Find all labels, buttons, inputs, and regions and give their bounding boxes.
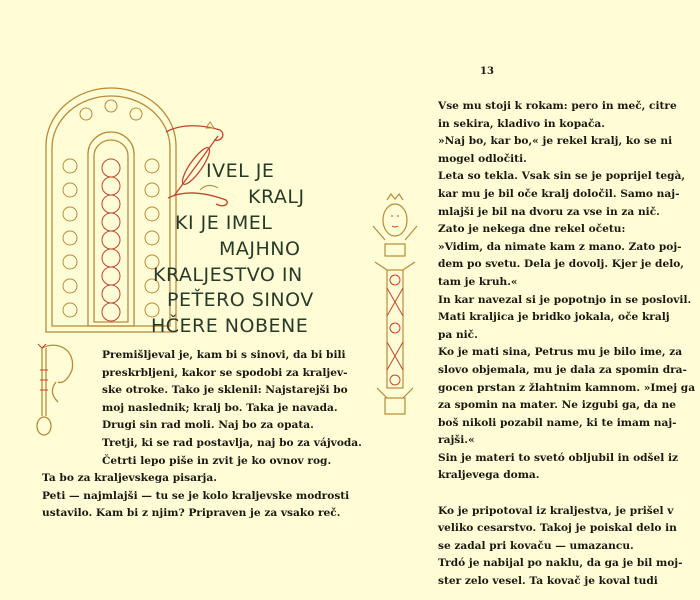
text-line: moj naslednik; kralj bo. Taka je navada.: [102, 400, 362, 418]
text-line: boš nikoli pozabil name, ki te imam naj-: [438, 415, 695, 433]
scepter-ornament-icon: [367, 192, 423, 416]
left-paragraph-indented: Premišljeval je, kam bi s sinovi, da bi …: [102, 347, 362, 470]
text-line: mogel odločiti.: [438, 151, 695, 169]
text-line: ske otroke. Tako je sklenil: Najstarejši…: [102, 382, 362, 400]
text-line: Trdó je nabijal po naklu, da ga je bil m…: [438, 555, 695, 573]
text-line: [438, 485, 695, 503]
text-line: ster zelo vesel. Ta kovač je koval tudi: [438, 573, 695, 591]
text-line: Ko je mati sina, Petrus mu je bilo ime, …: [438, 344, 695, 362]
text-line: »Vidim, da nimate kam z mano. Zato poj-: [438, 239, 695, 257]
text-line: Zato je nekega dne rekel očetu:: [438, 221, 695, 239]
right-page-text: Vse mu stoji k rokam: pero in meč, citre…: [438, 98, 695, 591]
page-number: 13: [480, 66, 494, 77]
text-line: Tretji, ki se rad postavlja, naj bo za v…: [102, 435, 362, 453]
text-line: Mati kraljica je bridko jokala, oče kral…: [438, 309, 695, 327]
text-line: rajši.«: [438, 432, 695, 450]
left-page: IVEL JE KRALJ KI JE IMEL MAJHNO KRALJEST…: [0, 0, 350, 600]
title-line: KRALJ: [248, 186, 305, 208]
text-line: Sin je materi to svetó obljubil in odšel…: [438, 450, 695, 468]
text-line: Premišljeval je, kam bi s sinovi, da bi …: [102, 347, 362, 365]
text-line: Četrti lepo piše in zvit je ko ovnov rog…: [102, 453, 362, 471]
text-line: in sekira, kladivo in kopača.: [438, 116, 695, 134]
text-line: ustavilo. Kam bi z njim? Pripraven je za…: [42, 505, 349, 523]
text-line: se zadal pri kovaču — umazancu.: [438, 538, 695, 556]
text-line: »Naj bo, kar bo,« je rekel kralj, ko se …: [438, 133, 695, 151]
text-line: tam je kruh.«: [438, 274, 695, 292]
text-line: Peti — najmlajši — tu se je kolo kraljev…: [42, 488, 349, 506]
title-line: KRALJESTVO IN: [153, 264, 303, 286]
text-line: za spomin na mater. Ne izgubi ga, da ne: [438, 397, 695, 415]
title-line: HČERE NOBENE: [151, 315, 308, 337]
text-line: preskrbljeni, kakor se spodobi za kralje…: [102, 365, 362, 383]
text-line: gocen prstan z žlahtnim kamnom. »Imej ga: [438, 380, 695, 398]
text-line: Ta bo za kraljevskega pisarja.: [42, 470, 349, 488]
text-line: Drugi sin rad moli. Naj bo za opata.: [102, 417, 362, 435]
text-line: slovo objemala, mu je dala za spomin dra…: [438, 362, 695, 380]
text-line: dem po svetu. Dela je dovolj. Kjer je de…: [438, 256, 695, 274]
text-line: In kar navezal si je popotnjo in se posl…: [438, 292, 695, 310]
text-line: Leta so tekla. Vsak sin se je poprijel t…: [438, 168, 695, 186]
title-line: IVEL JE: [206, 160, 274, 182]
title-line: MAJHNO: [219, 238, 300, 260]
title-line: KI JE IMEL: [175, 212, 272, 234]
left-paragraph-full: Ta bo za kraljevskega pisarja. Peti — na…: [42, 470, 349, 523]
text-line: mlajši je bil na dvoru za vse in za nič.: [438, 204, 695, 222]
text-line: kraljevega doma.: [438, 467, 695, 485]
drop-cap-p-ornament-icon: [28, 340, 76, 438]
text-line: pa nič.: [438, 327, 695, 345]
title-line: PEŤERO SINOV: [167, 289, 314, 311]
text-line: kar mu je bil oče kralj določil. Samo na…: [438, 186, 695, 204]
text-line: veliko cesarstvo. Takoj je poiskal delo …: [438, 520, 695, 538]
text-line: Vse mu stoji k rokam: pero in meč, citre: [438, 98, 695, 116]
text-line: Ko je pripotoval iz kraljestva, je priše…: [438, 503, 695, 521]
